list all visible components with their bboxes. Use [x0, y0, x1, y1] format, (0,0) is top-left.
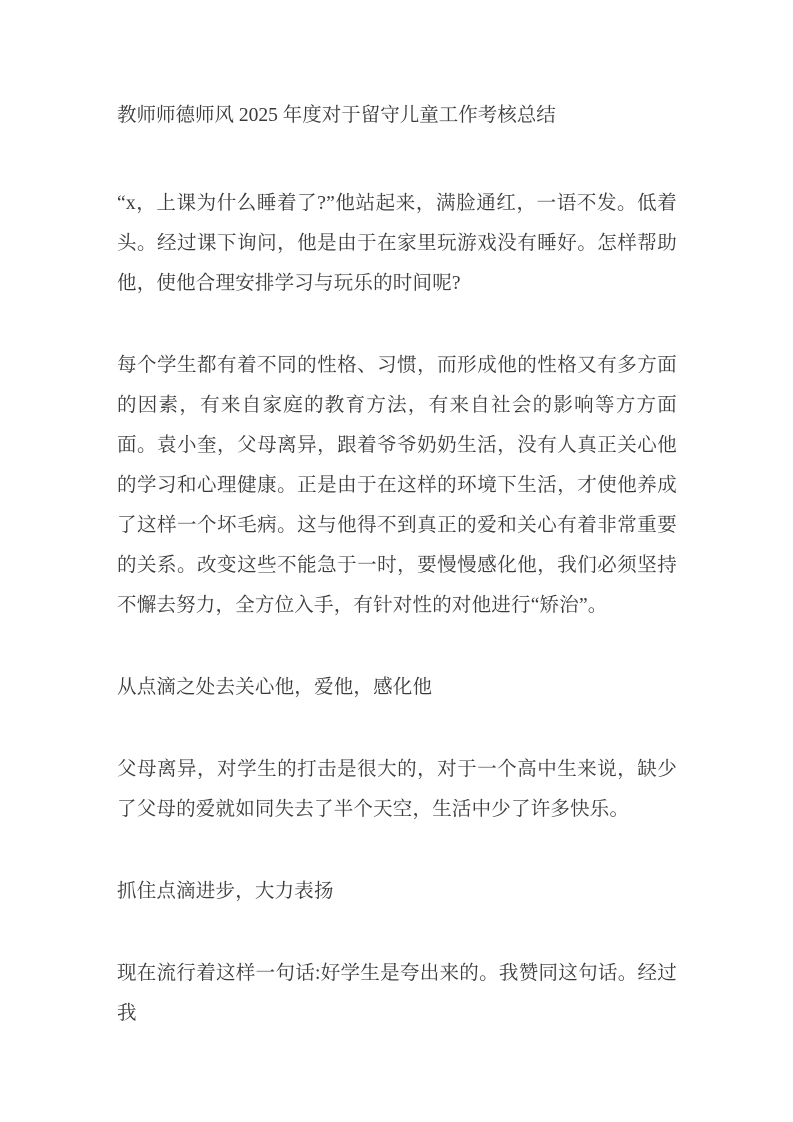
paragraph-heading-praise: 抓住点滴进步，大力表扬	[117, 872, 677, 912]
paragraph-dialogue-intro: “x，上课为什么睡着了?”他站起来，满脸通红，一语不发。低着头。经过课下询问，他…	[117, 184, 677, 304]
document-page: 教师师德师风 2025 年度对于留守儿童工作考核总结 “x，上课为什么睡着了?”…	[0, 0, 793, 1122]
document-title: 教师师德师风 2025 年度对于留守儿童工作考核总结	[117, 96, 677, 136]
paragraph-heading-care: 从点滴之处去关心他，爱他，感化他	[117, 668, 677, 708]
paragraph-praise-saying: 现在流行着这样一句话:好学生是夸出来的。我赞同这句话。经过我	[117, 954, 677, 1034]
paragraph-divorce-impact: 父母离异，对学生的打击是很大的，对于一个高中生来说，缺少了父母的爱就如同失去了半…	[117, 750, 677, 830]
paragraph-student-background: 每个学生都有着不同的性格、习惯，而形成他的性格又有多方面的因素，有来自家庭的教育…	[117, 346, 677, 626]
